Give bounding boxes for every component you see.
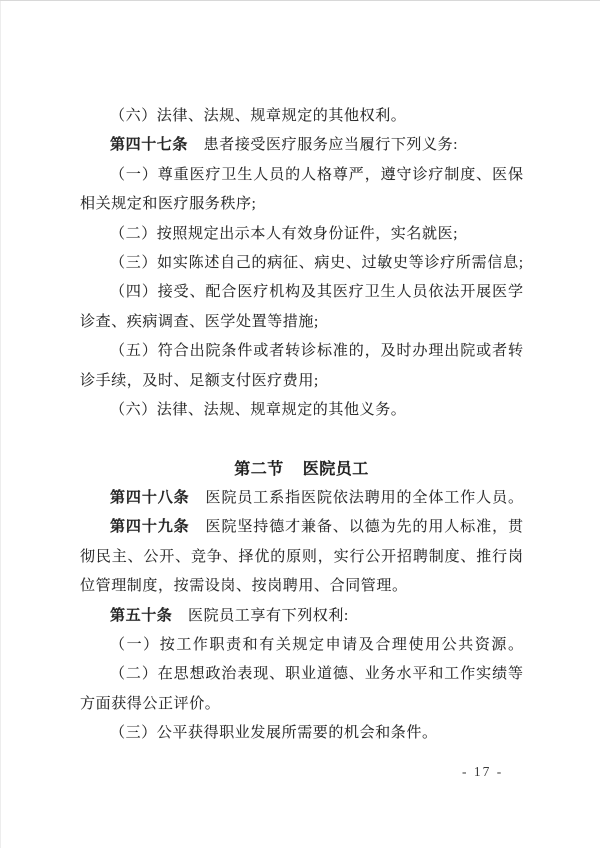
text-segment: （五）符合出院条件或者转诊标准的，及时办理出院或者转 (110, 343, 523, 359)
article-number: 第五十条 (110, 608, 172, 624)
text-line: 方面获得公正评价。 (80, 690, 523, 719)
text-segment: 医院员工系指医院依法聘用的全体工作人员。 (190, 490, 523, 506)
document-page: （六）法律、法规、规章规定的其他权利。第四十七条 患者接受医疗服务应当履行下列义… (0, 0, 600, 848)
text-line: 第四十八条 医院员工系指医院依法聘用的全体工作人员。 (80, 484, 523, 513)
text-segment: （六）法律、法规、规章规定的其他权利。 (110, 108, 406, 124)
text-segment: 方面获得公正评价。 (80, 696, 220, 712)
text-line: 第四十七条 患者接受医疗服务应当履行下列义务: (80, 131, 523, 160)
text-line: （六）法律、法规、规章规定的其他权利。 (80, 102, 523, 131)
text-segment: 彻民主、公开、竞争、择优的原则，实行公开招聘制度、推行岗 (80, 549, 523, 565)
text-line: 第五十条 医院员工享有下列权利: (80, 602, 523, 631)
text-line: （三）如实陈述自己的病征、病史、过敏史等诊疗所需信息; (80, 249, 523, 278)
text-line: （六）法律、法规、规章规定的其他义务。 (80, 396, 523, 425)
text-line: 彻民主、公开、竞争、择优的原则，实行公开招聘制度、推行岗 (80, 543, 523, 572)
text-line: （五）符合出院条件或者转诊标准的，及时办理出院或者转 (80, 337, 523, 366)
text-segment: （二）在思想政治表现、职业道德、业务水平和工作实绩等 (110, 666, 523, 682)
text-line: 诊查、疾病调查、医学处置等措施; (80, 308, 523, 337)
text-segment: （六）法律、法规、规章规定的其他义务。 (110, 402, 406, 418)
page-number: - 17 - (462, 762, 503, 782)
text-segment: 位管理制度，按需设岗、按岗聘用、合同管理。 (80, 578, 408, 594)
text-segment: （四）接受、配合医疗机构及其医疗卫生人员依法开展医学 (110, 284, 523, 300)
text-line: （一）尊重医疗卫生人员的人格尊严，遵守诊疗制度、医保 (80, 161, 523, 190)
text-segment: 诊查、疾病调查、医学处置等措施; (80, 314, 319, 330)
text-line: （四）接受、配合医疗机构及其医疗卫生人员依法开展医学 (80, 278, 523, 307)
text-line: （一）按工作职责和有关规定申请及合理使用公共资源。 (80, 631, 523, 660)
section-title: 医院员工 (303, 461, 369, 478)
text-segment: （三）公平获得职业发展所需要的机会和条件。 (110, 725, 438, 741)
text-segment: 医院员工享有下列权利: (172, 608, 348, 624)
text-segment: 患者接受医疗服务应当履行下列义务: (188, 137, 458, 153)
section-heading: 第二节医院员工 (80, 455, 523, 484)
text-segment: （一）尊重医疗卫生人员的人格尊严，遵守诊疗制度、医保 (110, 167, 523, 183)
article-number: 第四十八条 (110, 490, 190, 506)
text-segment: （三）如实陈述自己的病征、病史、过敏史等诊疗所需信息; (110, 255, 523, 271)
text-line: 第四十九条 医院坚持德才兼备、以德为先的用人标准，贯 (80, 513, 523, 542)
document-body: （六）法律、法规、规章规定的其他权利。第四十七条 患者接受医疗服务应当履行下列义… (80, 102, 523, 749)
text-segment: 诊手续，及时、足额支付医疗费用; (80, 373, 319, 389)
text-line: （二）在思想政治表现、职业道德、业务水平和工作实绩等 (80, 660, 523, 689)
text-line: 位管理制度，按需设岗、按岗聘用、合同管理。 (80, 572, 523, 601)
text-segment: 医院坚持德才兼备、以德为先的用人标准，贯 (190, 519, 523, 535)
text-segment: 相关规定和医疗服务秩序; (80, 196, 256, 212)
text-line: （二）按照规定出示本人有效身份证件，实名就医; (80, 220, 523, 249)
text-segment: （二）按照规定出示本人有效身份证件，实名就医; (110, 226, 458, 242)
text-line: （三）公平获得职业发展所需要的机会和条件。 (80, 719, 523, 748)
blank-line (80, 425, 523, 454)
article-number: 第四十七条 (110, 137, 188, 153)
text-segment: （一）按工作职责和有关规定申请及合理使用公共资源。 (110, 637, 523, 653)
text-line: 相关规定和医疗服务秩序; (80, 190, 523, 219)
section-number: 第二节 (234, 461, 284, 478)
article-number: 第四十九条 (110, 519, 190, 535)
text-line: 诊手续，及时、足额支付医疗费用; (80, 367, 523, 396)
